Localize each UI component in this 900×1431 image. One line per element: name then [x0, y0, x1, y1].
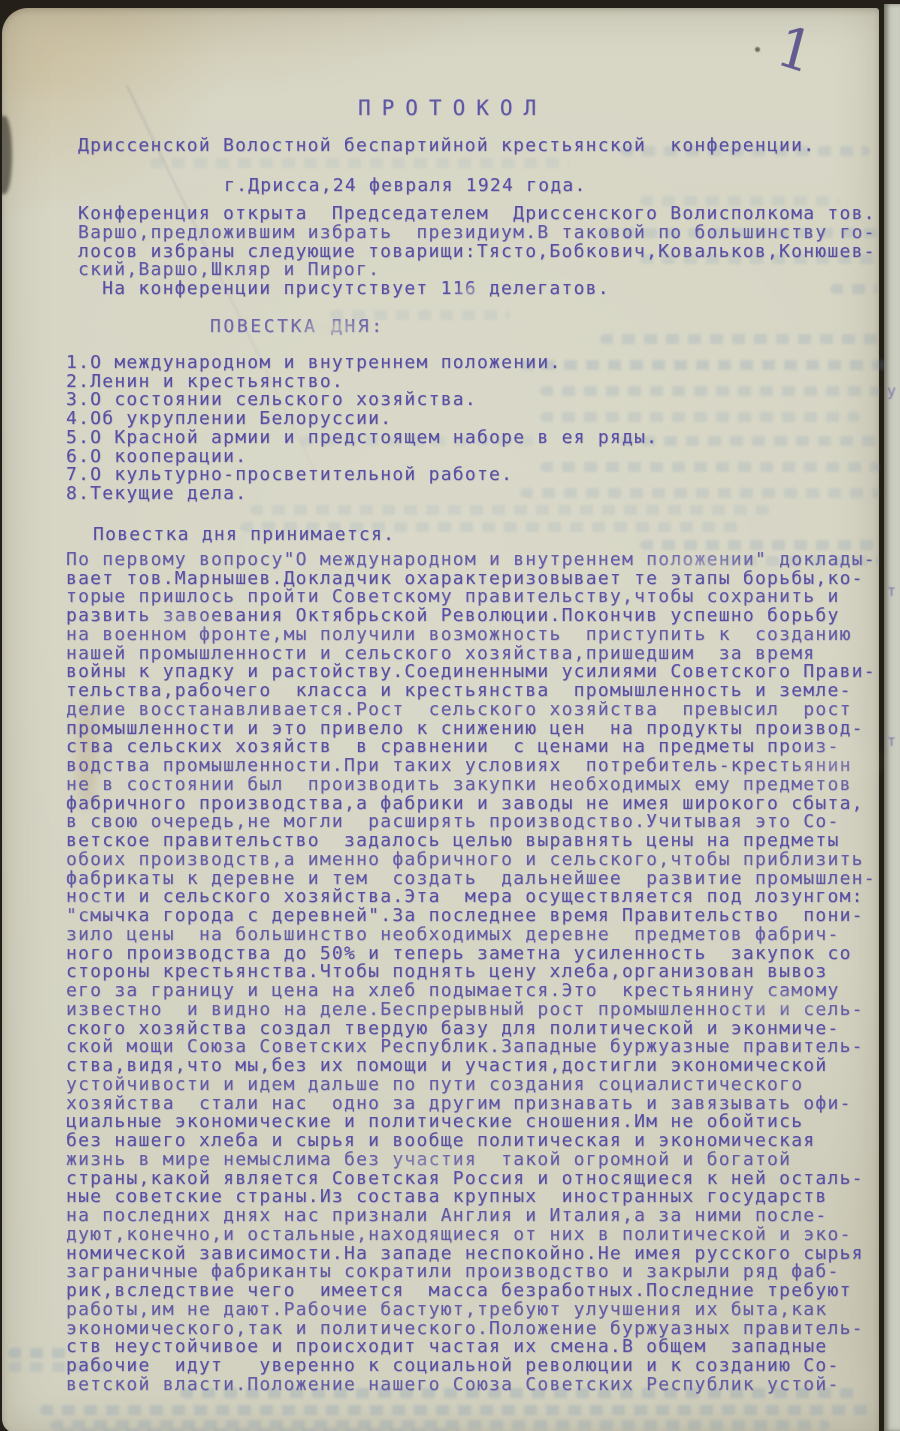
report-line: в свою очередь,не могли расширять произв… — [66, 813, 878, 832]
report-line: ства,видя,что мы,без их помощи и участия… — [66, 1057, 878, 1076]
document-subtitle: Дриссенской Волостной беспартийной крест… — [78, 135, 878, 157]
report-line: тельства,рабочего класса и крестьянства … — [66, 682, 878, 701]
report-line: водства промышленности.При таких условия… — [66, 757, 878, 776]
report-line: на военном фронте,мы получили возможност… — [66, 626, 878, 645]
opening-line: Варшо,предложившим избрать президиум.В т… — [78, 224, 878, 243]
report-line: делие восстанавливается.Рост сельского х… — [66, 701, 878, 720]
report-line: работы,им не дают.Рабочие бастуют,требую… — [66, 1301, 878, 1320]
report-line: жизнь в мире немыслима без участия такой… — [66, 1151, 878, 1170]
report-line: устойчивости и идем дальше по пути созда… — [66, 1076, 878, 1095]
agenda-accepted-line: Повестка дня принимается. — [93, 525, 878, 544]
bleedthrough-row — [40, 1405, 870, 1415]
report-paragraph: По первому вопросу"О международном и вну… — [66, 551, 878, 1395]
report-line: развить завоевания Октябрьской Революции… — [66, 607, 878, 626]
typed-content: ПРОТОКОЛ Дриссенской Волостной беспартий… — [66, 0, 878, 1395]
handwritten-page-number: 1 — [777, 12, 816, 90]
report-line: на последних днях нас признали Англия и … — [66, 1207, 878, 1226]
opening-line: Конференция открыта Председателем Дриссе… — [78, 205, 878, 224]
document-title: ПРОТОКОЛ — [358, 95, 878, 121]
agenda-item: 8.Текущие дела. — [66, 485, 878, 504]
report-line: известно и видно на деле.Беспрерывный ро… — [66, 1001, 878, 1020]
opening-line: ский,Варшо,Шкляр и Пирог. — [78, 261, 878, 280]
report-line: По первому вопросу"О международном и вну… — [66, 551, 878, 570]
report-line: без нашего хлеба и сырья и вообще полити… — [66, 1132, 878, 1151]
report-line: его за границу и цена на хлеб подымается… — [66, 982, 878, 1001]
agenda-list: 1.О международном и внутреннем положении… — [66, 354, 878, 504]
document-dateline: г.Дрисса,24 февраля 1924 года. — [224, 175, 878, 197]
report-line: не в состоянии был производить закупки н… — [66, 776, 878, 795]
adjacent-page-glyph: у — [887, 382, 896, 400]
report-line: рабочие идут уверенно к социальной револ… — [66, 1357, 878, 1376]
opening-line: На конференции присутствует 116 делегато… — [78, 280, 878, 299]
report-line: экономического,так и политического.Полож… — [66, 1320, 878, 1339]
report-line: рик,вследствие чего имеется масса безраб… — [66, 1282, 878, 1301]
report-line: ветское правительство задалось целью выр… — [66, 832, 878, 851]
adjacent-page-glyph: т — [887, 582, 896, 600]
scanned-page: у т т ПРОТОКОЛ Дриссенской Волостной бес… — [0, 0, 900, 1431]
report-line: нашей промышленности и сельского хозяйст… — [66, 645, 878, 664]
report-line: обоих производств,а именно фабричного и … — [66, 851, 878, 870]
report-line: дуют,конечно,и остальные,находящиеся от … — [66, 1226, 878, 1245]
report-line: ветской власти.Положение нашего Союза Со… — [66, 1376, 878, 1395]
report-line: заграничные фабриканты сократили произво… — [66, 1263, 878, 1282]
agenda-item: 5.О Красной армии и предстоящем наборе в… — [66, 429, 878, 448]
agenda-item: 4.Об укруплении Белоруссии. — [66, 410, 878, 429]
agenda-heading: ПОВЕСТКА ДНЯ: — [210, 316, 878, 338]
report-line: зило цены на большинство необходимых дер… — [66, 926, 878, 945]
adjacent-page-edge: у т т — [884, 4, 900, 1431]
bleedthrough-row — [8, 1348, 68, 1358]
report-line: фабрикаты к деревне и тем создать дальне… — [66, 870, 878, 889]
opening-paragraph: Конференция открыта Председателем Дриссе… — [78, 205, 878, 299]
agenda-item: 1.О международном и внутреннем положении… — [66, 354, 878, 373]
report-line: "смычка города с деревней".За последнее … — [66, 907, 878, 926]
adjacent-page-glyph: т — [887, 732, 896, 750]
report-line: хозяйства стали нас одно за другим призн… — [66, 1095, 878, 1114]
report-line: ской мощи Союза Советских Республик.Запа… — [66, 1038, 878, 1057]
report-line: торые пришлось пройти Советскому правите… — [66, 588, 878, 607]
